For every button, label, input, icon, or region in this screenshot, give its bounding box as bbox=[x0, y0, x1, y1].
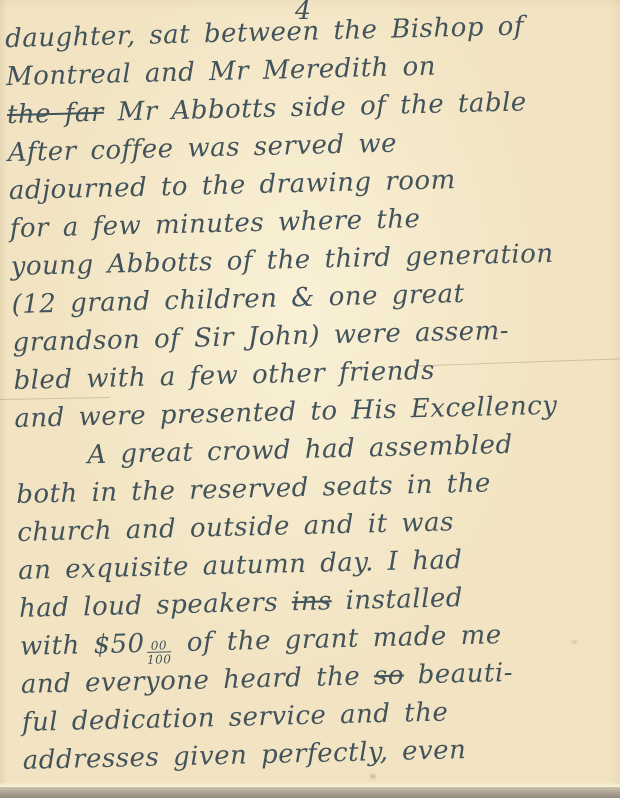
handwritten-text: with $50 bbox=[20, 629, 145, 662]
handwritten-text: beauti- bbox=[404, 658, 514, 691]
handwritten-text: bled with a few other friends bbox=[13, 356, 435, 396]
handwritten-text: ful dedication service and the bbox=[22, 697, 449, 737]
handwritten-text: of the grant made me bbox=[173, 620, 502, 658]
manuscript-lines: daughter, sat between the Bishop ofMontr… bbox=[5, 6, 620, 780]
handwritten-text: had loud speakers bbox=[19, 587, 292, 624]
handwritten-text: Montreal and Mr Meredith on bbox=[6, 52, 437, 92]
struck-text: the far bbox=[7, 98, 105, 130]
handwritten-text: A great crowd had assembled bbox=[87, 430, 513, 470]
handwritten-text: for a few minutes where the bbox=[9, 204, 420, 244]
struck-text: ins bbox=[291, 586, 332, 617]
handwritten-text: grandson of Sir John) were assem- bbox=[12, 316, 509, 358]
handwritten-text: and everyone heard the bbox=[21, 661, 375, 700]
handwritten-text: church and outside and it was bbox=[17, 507, 454, 548]
handwritten-text: installed bbox=[331, 583, 463, 616]
handwritten-text: Mr Abbotts side of the table bbox=[104, 87, 528, 127]
handwritten-text: After coffee was served we bbox=[8, 129, 398, 168]
struck-text: so bbox=[374, 661, 405, 692]
paper-speck bbox=[370, 774, 376, 779]
handwritten-text: addresses given perfectly, even bbox=[22, 735, 466, 776]
manuscript-page: 4 daughter, sat between the Bishop ofMon… bbox=[0, 0, 620, 798]
page-bottom-edge-shadow bbox=[0, 787, 620, 798]
